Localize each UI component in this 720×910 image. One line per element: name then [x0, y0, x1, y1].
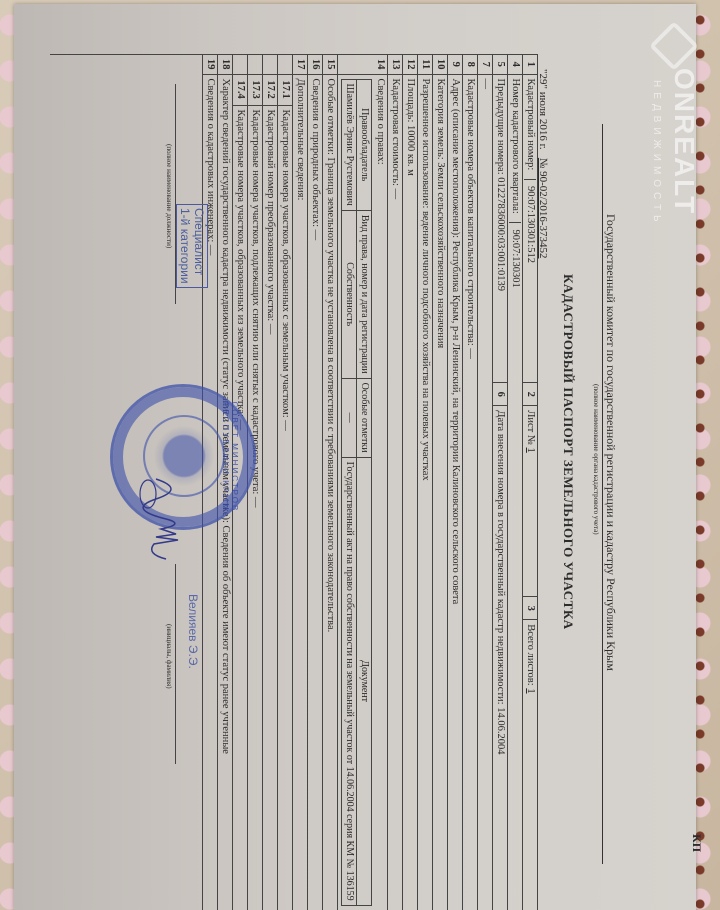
rights-table: Правообладатель Вид права, номер и дата … [341, 79, 372, 906]
table-row: 15 Особые отметки: Граница земельного уч… [323, 55, 338, 910]
table-row: 5 Предыдущие номера: 01227836000:03:001:… [493, 55, 508, 910]
special-notes: — [342, 378, 357, 457]
watermark: ONREALT НЕДВИЖИМОСТЬ [642, 24, 702, 224]
column-header: Вид права, номер и дата регистрации [357, 210, 372, 378]
table-row: 16 Сведения о природных объектах: — [308, 55, 323, 910]
field-permitted-use: Разрешенное использование: ведение лично… [418, 74, 433, 910]
field-number: 17.2 [263, 74, 278, 105]
field-value: 90:07:130301 [509, 222, 521, 287]
field-total-sheets: Всего листов: 1 [523, 620, 538, 910]
position-line-2: 1-й категории [178, 208, 192, 284]
table-row: 1 Кадастровый номер: 90:07:130301:512 2 … [523, 55, 538, 910]
column-header: Документ [357, 457, 372, 905]
field-number: 4 [508, 55, 523, 75]
field-rights: Сведения о правах: Правообладатель Вид п… [338, 74, 388, 910]
document-number: № 90-02/2016-373452 [537, 158, 549, 259]
field-number: 16 [308, 55, 323, 75]
position-line-1: Специалист [192, 208, 206, 284]
field-value: 14.06.2004 [495, 707, 506, 754]
field-17-2: Кадастровый номер преобразованного участ… [263, 105, 278, 910]
field-number: 9 [448, 55, 463, 75]
field-number: 7 [478, 55, 493, 75]
field-value: ведение личного подсобного хозяйства на … [420, 211, 431, 481]
field-label: Особые отметки: [325, 79, 336, 155]
position-underline [175, 84, 176, 304]
rights-holder: Шамилёв Эрнис Рустемович [342, 79, 357, 210]
field-number: 1 [523, 55, 538, 75]
field-value: 1 [525, 688, 536, 693]
field-value: 90:07:130301:512 [524, 179, 536, 263]
table-row: 12 Площадь: 10000 кв. м [403, 55, 418, 910]
table-row: 4 Номер кадастрового квартала: 90:07:130… [508, 55, 523, 910]
field-value: — [250, 497, 261, 508]
field-number: 13 [388, 55, 403, 75]
field-17-3: Кадастровые номера участков, подлежащих … [248, 105, 263, 910]
field-value: 01227836000:03:001:0139 [495, 177, 506, 291]
divider [602, 124, 603, 864]
field-label: Площадь: [405, 79, 416, 123]
position-note: (полное наименование должности) [165, 144, 173, 248]
field-value: — [465, 348, 476, 359]
document-date: "29" июля 2016 г. [537, 69, 549, 150]
field-label: Разрешенное использование: [420, 79, 431, 209]
document-title: КАДАСТРОВЫЙ ПАСПОРТ ЗЕМЕЛЬНОГО УЧАСТКА [560, 274, 576, 630]
field-value: — [280, 420, 291, 431]
table-row: 8 Кадастровые номера объектов капитально… [463, 55, 478, 910]
field-number: 17 [293, 55, 308, 75]
name-underline [175, 564, 176, 764]
field-number: 5 [493, 55, 508, 75]
field-registration-date: Дата внесения номера в государственный к… [493, 406, 508, 910]
field-number: 17.4 [233, 74, 248, 105]
field-label: Номер кадастрового квартала: [510, 79, 521, 214]
field-label: Лист № [525, 410, 536, 445]
watermark-tagline: НЕДВИЖИМОСТЬ [651, 80, 662, 227]
corner-label: КП [689, 834, 704, 852]
table-row: 11 Разрешенное использование: ведение ли… [418, 55, 433, 910]
table-row: 17.2 Кадастровый номер преобразованного … [263, 55, 278, 910]
field-label: Кадастровые номера объектов капитального… [465, 79, 476, 346]
name-note: (инициалы, фамилия) [165, 624, 173, 689]
field-value: — [265, 324, 276, 335]
field-additional-info: Дополнительные сведения: [293, 74, 308, 910]
watermark-house-icon [649, 21, 699, 71]
field-label: Кадастровый номер: [525, 79, 536, 171]
position-stamp: Специалист 1-й категории [176, 204, 208, 288]
specialist-name: Велияев Э.Э. [186, 594, 200, 669]
spacer-cell [233, 55, 248, 75]
column-header: Особые отметки [357, 378, 372, 457]
field-value: Граница земельного участка не установлен… [325, 158, 336, 633]
field-number: 10 [433, 55, 448, 75]
rights-row: Шамилёв Эрнис Рустемович Собственность —… [342, 79, 357, 905]
field-area: Площадь: 10000 кв. м [403, 74, 418, 910]
field-label: Дата внесения номера в государственный к… [495, 410, 506, 704]
document-date-number: "29" июля 2016 г. № 90-02/2016-373452 [537, 69, 549, 259]
table-row: 17.1 Кадастровые номера участков, образо… [278, 55, 293, 910]
field-number: 2 [523, 383, 538, 406]
table-row: 7 — [478, 55, 493, 910]
field-cadastral-value: Кадастровая стоимость: — [388, 74, 403, 910]
field-number: 17.3 [248, 74, 263, 105]
field-label: Предыдущие номера: [495, 79, 506, 175]
field-label: Адрес (описание местоположения): [450, 79, 461, 238]
field-label: Кадастровые номера участков, образованны… [235, 110, 246, 417]
field-capital-objects: Кадастровые номера объектов капитального… [463, 74, 478, 910]
field-17-1: Кадастровые номера участков, образованны… [278, 105, 293, 910]
field-land-category: Категория земель: Земли сельскохозяйстве… [433, 74, 448, 910]
field-number: 15 [323, 55, 338, 75]
field-number: 3 [523, 597, 538, 620]
field-number: 6 [493, 383, 508, 406]
field-label: Кадастровые номера участков, образованны… [280, 110, 291, 418]
field-value: 10000 кв. м [405, 125, 416, 176]
field-label: Кадастровый номер преобразованного участ… [265, 110, 276, 322]
right-type: Собственность [342, 210, 357, 378]
field-value: — [310, 230, 321, 241]
rights-header-row: Правообладатель Вид права, номер и дата … [357, 79, 372, 905]
organization-name: Государственный комитет по государственн… [603, 214, 618, 671]
field-number: 8 [463, 55, 478, 75]
field-number: 19 [203, 55, 218, 75]
rights-document: Государственный акт на право собственнос… [342, 457, 357, 905]
field-number: 17.1 [278, 74, 293, 105]
spacer-cell [263, 55, 278, 75]
table-row: 9 Адрес (описание местоположения): Респу… [448, 55, 463, 910]
field-value: Земли сельскохозяйственного назначения [435, 162, 446, 348]
field-number: 14 [338, 55, 388, 75]
field-sheet-number: Лист № 1 [523, 406, 538, 597]
field-natural-objects: Сведения о природных объектах: — [308, 74, 323, 910]
table-row: 10 Категория земель: Земли сельскохозяйс… [433, 55, 448, 910]
table-row: 17 Дополнительные сведения: [293, 55, 308, 910]
column-header: Правообладатель [357, 79, 372, 210]
field-number: 18 [218, 55, 233, 75]
spacer-cell [248, 55, 263, 75]
field-label: Сведения о природных объектах: [310, 79, 321, 228]
field-value: 1 [525, 448, 536, 453]
field-value: — [478, 74, 493, 910]
table-row: 13 Кадастровая стоимость: — [388, 55, 403, 910]
field-label: Сведения о правах: [374, 79, 386, 906]
watermark-brand: ONREALT [668, 68, 700, 215]
field-label: Кадастровая стоимость: [390, 79, 401, 186]
field-cadastral-number: Кадастровый номер: 90:07:130301:512 [523, 74, 538, 383]
handwritten-signature-icon [136, 474, 196, 564]
field-label: Категория земель: [435, 79, 446, 160]
field-quarter-number: Номер кадастрового квартала: 90:07:13030… [508, 74, 523, 910]
spacer-cell [278, 55, 293, 75]
field-number: 12 [403, 55, 418, 75]
field-value: Сведения об объекте имеют статус ранее у… [220, 526, 231, 754]
field-value: Республика Крым, р-н Ленинский, на терри… [450, 241, 461, 605]
field-previous-numbers: Предыдущие номера: 01227836000:03:001:01… [493, 74, 508, 383]
field-special-notes: Особые отметки: Граница земельного участ… [323, 74, 338, 910]
field-label: Всего листов: [525, 624, 536, 685]
table-row: 14 Сведения о правах: Правообладатель Ви… [338, 55, 388, 910]
field-address: Адрес (описание местоположения): Республ… [448, 74, 463, 910]
organization-note: (полное наименование органа кадастрового… [592, 384, 600, 535]
cadastral-passport-document: ONREALT НЕДВИЖИМОСТЬ КП Государственный … [14, 4, 696, 910]
field-number: 11 [418, 55, 433, 75]
field-value: — [390, 189, 401, 200]
